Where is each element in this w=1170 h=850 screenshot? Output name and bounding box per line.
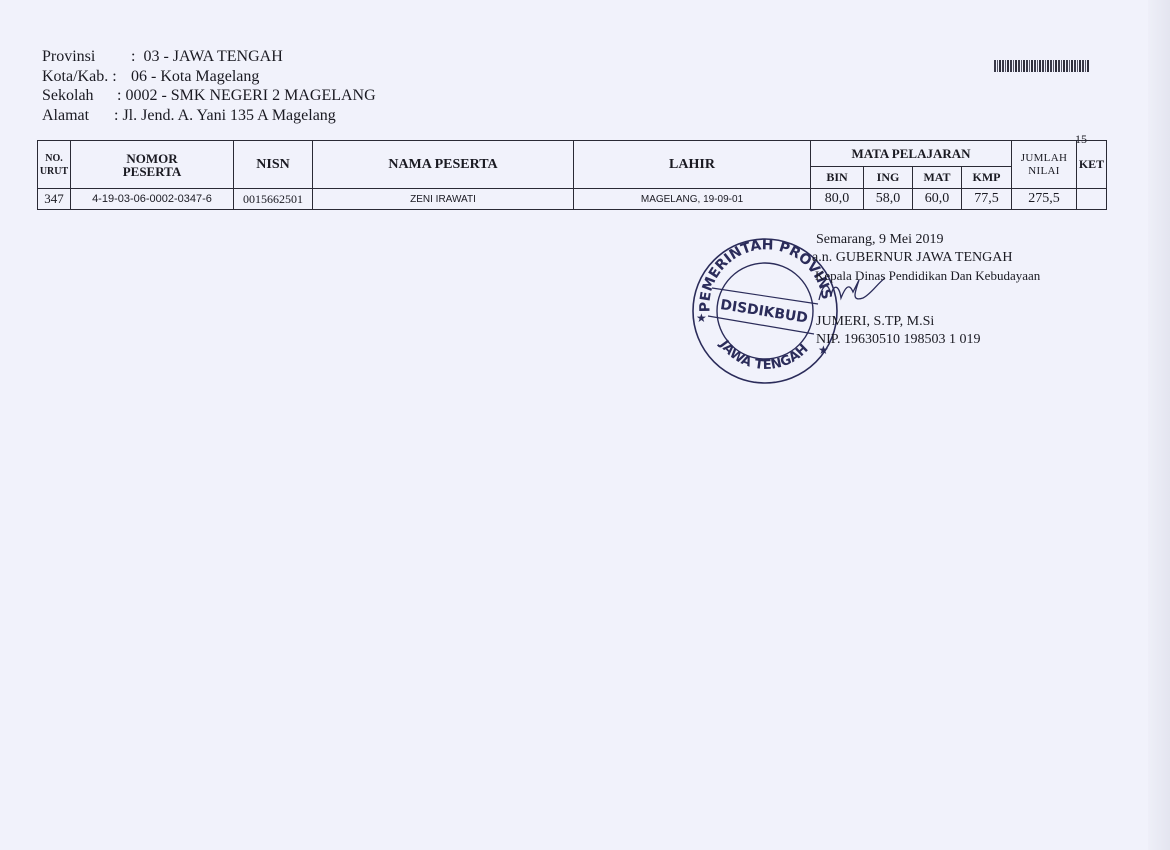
col-nisn: NISN xyxy=(234,141,313,189)
cell-jumlah-nilai: 275,5 xyxy=(1012,189,1077,210)
school-info: Provinsi : 03 - JAWA TENGAH Kota/Kab. : … xyxy=(42,47,376,125)
cell-no-urut: 347 xyxy=(38,189,71,210)
province-label: Provinsi xyxy=(42,47,131,67)
results-table: NO.URUT NOMORPESERTA NISN NAMA PESERTA L… xyxy=(37,140,1107,210)
col-nama-peserta: NAMA PESERTA xyxy=(313,141,574,189)
col-nomor-peserta: NOMORPESERTA xyxy=(71,141,234,189)
address-value: : Jl. Jend. A. Yani 135 A Magelang xyxy=(114,106,336,126)
col-jumlah-nilai: JUMLAHNILAI xyxy=(1012,141,1077,189)
cell-nomor-peserta: 4-19-03-06-0002-0347-6 xyxy=(71,189,234,210)
col-bin: BIN xyxy=(811,167,864,189)
scan-page-edge xyxy=(1148,0,1170,850)
svg-text:DISDIKBUD: DISDIKBUD xyxy=(719,297,809,327)
province-value: : 03 - JAWA TENGAH xyxy=(131,47,283,67)
col-mata-pelajaran: MATA PELAJARAN xyxy=(811,141,1012,167)
table-row: 347 4-19-03-06-0002-0347-6 0015662501 ZE… xyxy=(38,189,1107,210)
cell-nisn: 0015662501 xyxy=(234,189,313,210)
col-mat: MAT xyxy=(913,167,962,189)
cell-kmp: 77,5 xyxy=(962,189,1012,210)
address-row: Alamat : Jl. Jend. A. Yani 135 A Magelan… xyxy=(42,106,376,126)
city-value: 06 - Kota Magelang xyxy=(127,67,259,87)
col-kmp: KMP xyxy=(962,167,1012,189)
signature-name: JUMERI, S.TP, M.Si xyxy=(816,313,1040,331)
school-label: Sekolah xyxy=(42,86,117,106)
col-no-urut: NO.URUT xyxy=(38,141,71,189)
svg-text:★: ★ xyxy=(696,311,707,325)
signature-block: Semarang, 9 Mei 2019 a.n. GUBERNUR JAWA … xyxy=(812,231,1040,349)
cell-bin: 80,0 xyxy=(811,189,864,210)
signature-on-behalf: a.n. GUBERNUR JAWA TENGAH xyxy=(812,249,1040,267)
signature-date: Semarang, 9 Mei 2019 xyxy=(816,231,1040,249)
school-row: Sekolah : 0002 - SMK NEGERI 2 MAGELANG xyxy=(42,86,376,106)
signature-nip: NIP. 19630510 198503 1 019 xyxy=(816,331,1040,349)
cell-mat: 60,0 xyxy=(913,189,962,210)
address-label: Alamat xyxy=(42,106,114,126)
cell-lahir: MAGELANG, 19-09-01 xyxy=(574,189,811,210)
col-ket: KET xyxy=(1077,141,1107,189)
svg-text:JAWA TENGAH: JAWA TENGAH xyxy=(716,337,812,373)
city-label: Kota/Kab. : xyxy=(42,67,127,87)
city-row: Kota/Kab. : 06 - Kota Magelang xyxy=(42,67,376,87)
col-ing: ING xyxy=(864,167,913,189)
school-value: : 0002 - SMK NEGERI 2 MAGELANG xyxy=(117,86,376,106)
province-row: Provinsi : 03 - JAWA TENGAH xyxy=(42,47,376,67)
signature-office: Kepala Dinas Pendidikan Dan Kebudayaan xyxy=(815,267,1040,285)
col-lahir: LAHIR xyxy=(574,141,811,189)
cell-ing: 58,0 xyxy=(864,189,913,210)
cell-nama-peserta: ZENI IRAWATI xyxy=(313,189,574,210)
cell-ket xyxy=(1077,189,1107,210)
barcode-icon xyxy=(994,60,1090,72)
